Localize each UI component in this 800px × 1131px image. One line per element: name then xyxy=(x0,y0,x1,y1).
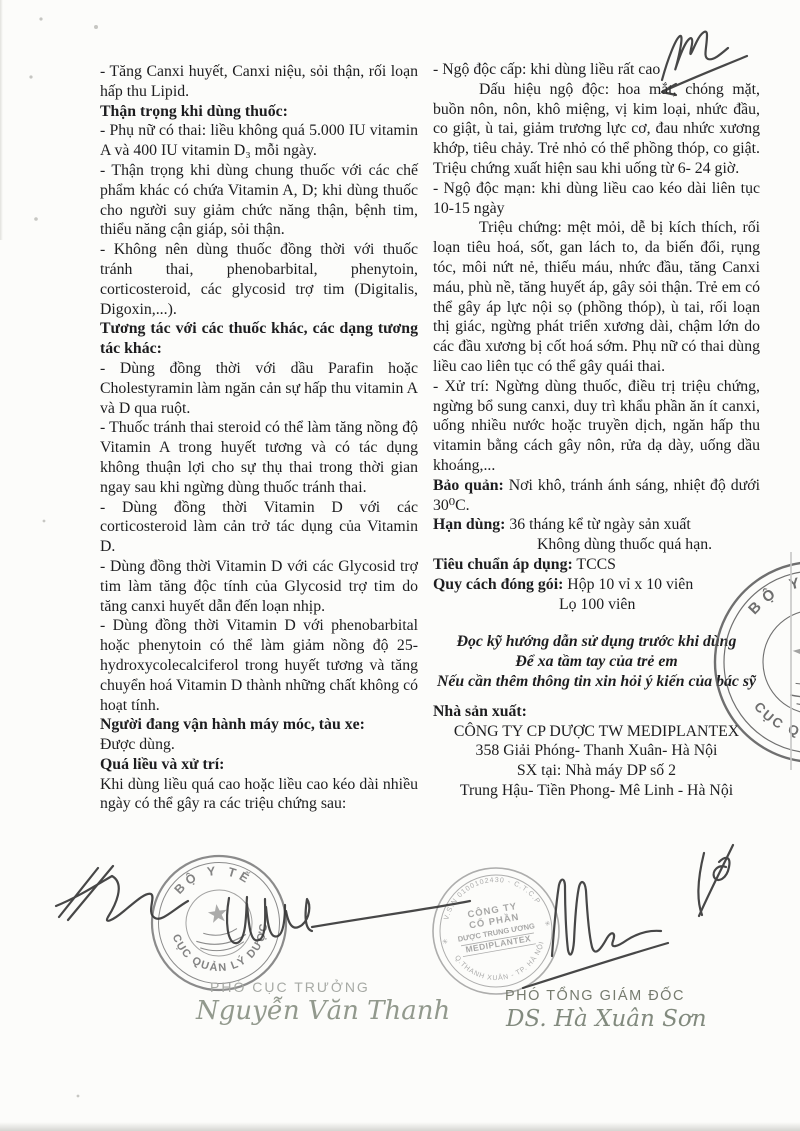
field-text: - Dùng đồng thời Vitamin D với các Glyco… xyxy=(100,558,418,615)
field-text: - Ngộ độc cấp: khi dùng liều rất cao xyxy=(433,61,660,78)
paragraph: Dấu hiệu ngộ độc: hoa mắt, chóng mặt, bu… xyxy=(433,80,760,179)
shelf-life-field: Hạn dùng: 36 tháng kể từ ngày sản xuất xyxy=(433,515,760,535)
left-signatory-title: PHÓ CỤC TRƯỞNG xyxy=(210,979,370,995)
field-text: Dấu hiệu ngộ độc: hoa mắt, chóng mặt, bu… xyxy=(433,81,760,177)
left-column: - Tăng Canxi huyết, Canxi niệu, sỏi thận… xyxy=(100,62,418,814)
scan-specks xyxy=(29,17,98,1097)
paragraph: - Phụ nữ có thai: liều không quá 5.000 I… xyxy=(100,121,418,161)
field-text: Không dùng thuốc quá hạn. xyxy=(537,536,712,553)
field-text: - Dùng đồng thời Vitamin D với phenobarb… xyxy=(100,617,418,713)
paragraph: - Thận trọng khi dùng chung thuốc với cá… xyxy=(100,161,418,240)
field-text: Triệu chứng: mệt mỏi, dễ bị kích thích, … xyxy=(433,219,760,375)
field-text: Trung Hậu- Tiền Phong- Mê Linh - Hà Nội xyxy=(460,782,733,799)
paragraph: - Dùng đồng thời Vitamin D với phenobarb… xyxy=(100,616,418,715)
mediplantex-company-stamp: V.S.N 0100102430 - C.T.C.P Q.THANH XUÂN … xyxy=(428,863,564,999)
field-text: Lọ 100 viên xyxy=(559,596,635,613)
paragraph: - Ngộ độc mạn: khi dùng liều cao kéo dài… xyxy=(433,179,760,219)
svg-text:BỘ Y TẾ: BỘ Y TẾ xyxy=(169,859,257,899)
field-text: - Thuốc tránh thai steroid có thể làm tă… xyxy=(100,419,418,495)
right-signatory-title: PHÓ TỔNG GIÁM ĐỐC xyxy=(505,988,685,1004)
paragraph: Được dùng. xyxy=(100,735,418,755)
field-text: 36 tháng kể từ ngày sản xuất xyxy=(505,516,690,533)
field-text: Quá liều và xử trí: xyxy=(100,756,224,773)
section-heading: Quá liều và xử trí: xyxy=(100,755,418,775)
paragraph: Khi dùng liều quá cao hoặc liều cao kéo … xyxy=(100,775,418,815)
field-text: - Ngộ độc mạn: khi dùng liều cao kéo dài… xyxy=(433,180,760,217)
field-label: Bảo quản: xyxy=(433,477,504,494)
field-text: SX tại: Nhà máy DP số 2 xyxy=(517,762,676,779)
ministry-of-health-stamp: BỘ Y TẾ CỤC QUẢN LÝ DƯỢC xyxy=(148,852,290,994)
paragraph: Triệu chứng: mệt mỏi, dễ bị kích thích, … xyxy=(433,218,760,376)
field-text: - Thận trọng khi dùng chung thuốc với cá… xyxy=(100,162,418,238)
page-bottom-shadow xyxy=(0,1122,800,1131)
field-text: Khi dùng liều quá cao hoặc liều cao kéo … xyxy=(100,776,418,813)
paragraph: - Dùng đồng thời Vitamin D với các Glyco… xyxy=(100,557,418,616)
paragraph: - Tăng Canxi huyết, Canxi niệu, sỏi thận… xyxy=(100,62,418,102)
field-label: Quy cách đóng gói: xyxy=(433,576,563,593)
paragraph: - Xử trí: Ngừng dùng thuốc, điều trị tri… xyxy=(433,377,760,476)
left-signatory-name: Nguyễn Văn Thanh xyxy=(196,996,450,1026)
field-text: - Dùng đồng thời với dầu Parafin hoặc Ch… xyxy=(100,360,418,417)
star-emblem-icon xyxy=(207,903,228,924)
storage-field: Bảo quản: Nơi khô, tránh ánh sáng, nhiệt… xyxy=(433,476,760,516)
field-text: Đọc kỹ hướng dẫn sử dụng trước khi dùng xyxy=(457,633,737,650)
paragraph: - Ngộ độc cấp: khi dùng liều rất cao xyxy=(433,60,760,80)
field-text: - Không nên dùng thuốc đồng thời với thu… xyxy=(100,241,418,317)
field-text: Để xa tầm tay của trẻ em xyxy=(515,653,677,670)
section-heading: Người đang vận hành máy móc, tàu xe: xyxy=(100,715,418,735)
field-text: Thận trọng khi dùng thuốc: xyxy=(100,103,288,120)
field-text: Tương tác với các thuốc khác, các dạng t… xyxy=(100,320,418,357)
section-heading: Tương tác với các thuốc khác, các dạng t… xyxy=(100,319,418,359)
field-text: - Tăng Canxi huyết, Canxi niệu, sỏi thận… xyxy=(100,63,418,100)
field-text: - Dùng đồng thời Vitamin D với các corti… xyxy=(100,499,418,556)
paragraph: - Không nên dùng thuốc đồng thời với thu… xyxy=(100,240,418,319)
factory-address: Trung Hậu- Tiền Phong- Mê Linh - Hà Nội xyxy=(433,781,760,801)
field-text: CÔNG TY CP DƯỢC TW MEDIPLANTEX xyxy=(454,723,739,740)
section-heading: Thận trọng khi dùng thuốc: xyxy=(100,102,418,122)
field-text: Hộp 10 vỉ x 10 viên xyxy=(563,576,693,593)
stamp-star-separator-icon: ✳ xyxy=(441,938,448,947)
field-label: Tiêu chuẩn áp dụng: xyxy=(433,556,573,573)
scan-fold-line xyxy=(790,552,792,770)
paragraph: - Dùng đồng thời Vitamin D với các corti… xyxy=(100,498,418,557)
paragraph: - Thuốc tránh thai steroid có thể làm tă… xyxy=(100,418,418,497)
field-label: Hạn dùng: xyxy=(433,516,505,533)
edge-partial-moh-stamp: BỘ Y TẾ CỤC QUẢN LÝ DƯỢC xyxy=(703,548,800,776)
field-text: - Phụ nữ có thai: liều không quá 5.000 I… xyxy=(100,122,418,159)
scanned-leaflet-page: - Tăng Canxi huyết, Canxi niệu, sỏi thận… xyxy=(0,0,800,1131)
field-text: 358 Giải Phóng- Thanh Xuân- Hà Nội xyxy=(476,742,718,759)
field-text: - Xử trí: Ngừng dùng thuốc, điều trị tri… xyxy=(433,378,760,474)
stamp-star-separator-icon: ✳ xyxy=(544,919,551,928)
page-mark-right-icon xyxy=(698,845,733,916)
stamp-ring-top-text: BỘ Y TẾ xyxy=(169,859,257,899)
right-signatory-name: DS. Hà Xuân Sơn xyxy=(506,1006,707,1032)
field-text: Người đang vận hành máy móc, tàu xe: xyxy=(100,716,365,733)
field-text: Nhà sản xuất: xyxy=(433,703,527,720)
paragraph: - Dùng đồng thời với dầu Parafin hoặc Ch… xyxy=(100,359,418,418)
left-edge-shading xyxy=(0,0,3,240)
field-text: TCCS xyxy=(573,556,616,573)
field-text: Được dùng. xyxy=(100,736,175,753)
